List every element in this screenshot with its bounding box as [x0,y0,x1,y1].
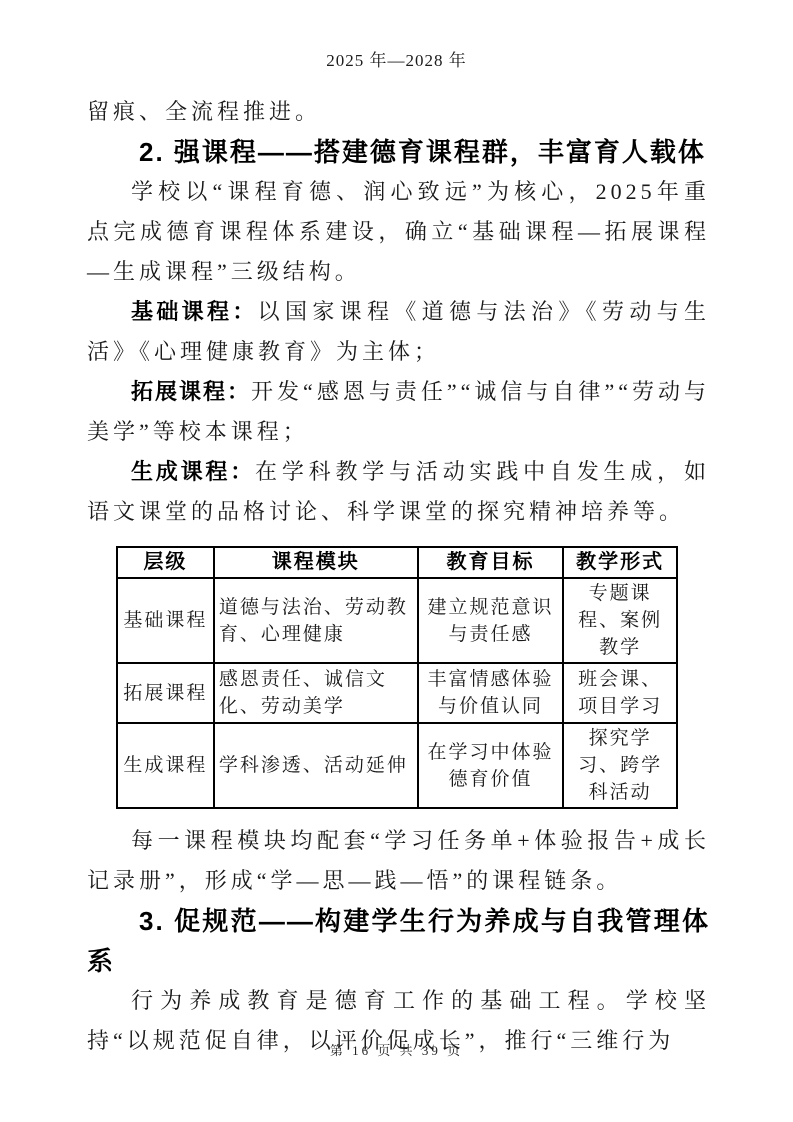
cell-level: 拓展课程 [117,663,214,723]
generate-course-label: 生成课程： [131,459,255,484]
extend-course-label: 拓展课程： [131,379,251,404]
cell-form: 班会课、项目学习 [563,663,677,723]
col-header-module: 课程模块 [214,547,418,578]
cell-module: 感恩责任、诚信文化、劳动美学 [214,663,418,723]
cell-goal: 丰富情感体验与价值认同 [418,663,564,723]
cell-goal: 在学习中体验德育价值 [418,723,564,808]
document-page: 2025 年—2028 年 留痕、全流程推进。 2. 强课程——搭建德育课程群，… [0,0,793,1122]
basic-course-label: 基础课程： [131,299,258,324]
cell-form: 专题课程、案例教学 [563,578,677,663]
col-header-form: 教学形式 [563,547,677,578]
table-row: 基础课程 道德与法治、劳动教育、心理健康 建立规范意识与责任感 专题课程、案例教… [117,578,677,663]
footer-page-info: 第 16 页 共 39 页 [0,1040,793,1059]
cell-module: 学科渗透、活动延伸 [214,723,418,808]
section-heading-2: 2. 强课程——搭建德育课程群，丰富育人载体 [87,132,710,172]
table-row: 生成课程 学科渗透、活动延伸 在学习中体验德育价值 探究学习、跨学科活动 [117,723,677,808]
paragraph-basic-course: 基础课程：以国家课程《道德与法治》《劳动与生活》《心理健康教育》为主体； [87,292,710,372]
cell-level: 基础课程 [117,578,214,663]
paragraph-extend-course: 拓展课程：开发“感恩与责任”“诚信与自律”“劳动与美学”等校本课程； [87,372,710,452]
section-heading-3: 3. 促规范——构建学生行为养成与自我管理体系 [87,901,710,981]
table-header-row: 层级 课程模块 教育目标 教学形式 [117,547,677,578]
cell-form: 探究学习、跨学科活动 [563,723,677,808]
paragraph-after-table: 每一课程模块均配套“学习任务单+体验报告+成长记录册”，形成“学—思—践—悟”的… [87,821,710,901]
document-body: 留痕、全流程推进。 2. 强课程——搭建德育课程群，丰富育人载体 学校以“课程育… [87,92,710,1061]
cell-goal: 建立规范意识与责任感 [418,578,564,663]
paragraph-intro: 学校以“课程育德、润心致远”为核心，2025年重点完成德育课程体系建设，确立“基… [87,172,710,292]
cell-level: 生成课程 [117,723,214,808]
col-header-level: 层级 [117,547,214,578]
cell-module: 道德与法治、劳动教育、心理健康 [214,578,418,663]
table-row: 拓展课程 感恩责任、诚信文化、劳动美学 丰富情感体验与价值认同 班会课、项目学习 [117,663,677,723]
col-header-goal: 教育目标 [418,547,564,578]
paragraph-generate-course: 生成课程：在学科教学与活动实践中自发生成，如语文课堂的品格讨论、科学课堂的探究精… [87,452,710,532]
paragraph-continuation: 留痕、全流程推进。 [87,92,710,132]
curriculum-table: 层级 课程模块 教育目标 教学形式 基础课程 道德与法治、劳动教育、心理健康 建… [116,546,678,809]
header-date: 2025 年—2028 年 [0,46,793,71]
